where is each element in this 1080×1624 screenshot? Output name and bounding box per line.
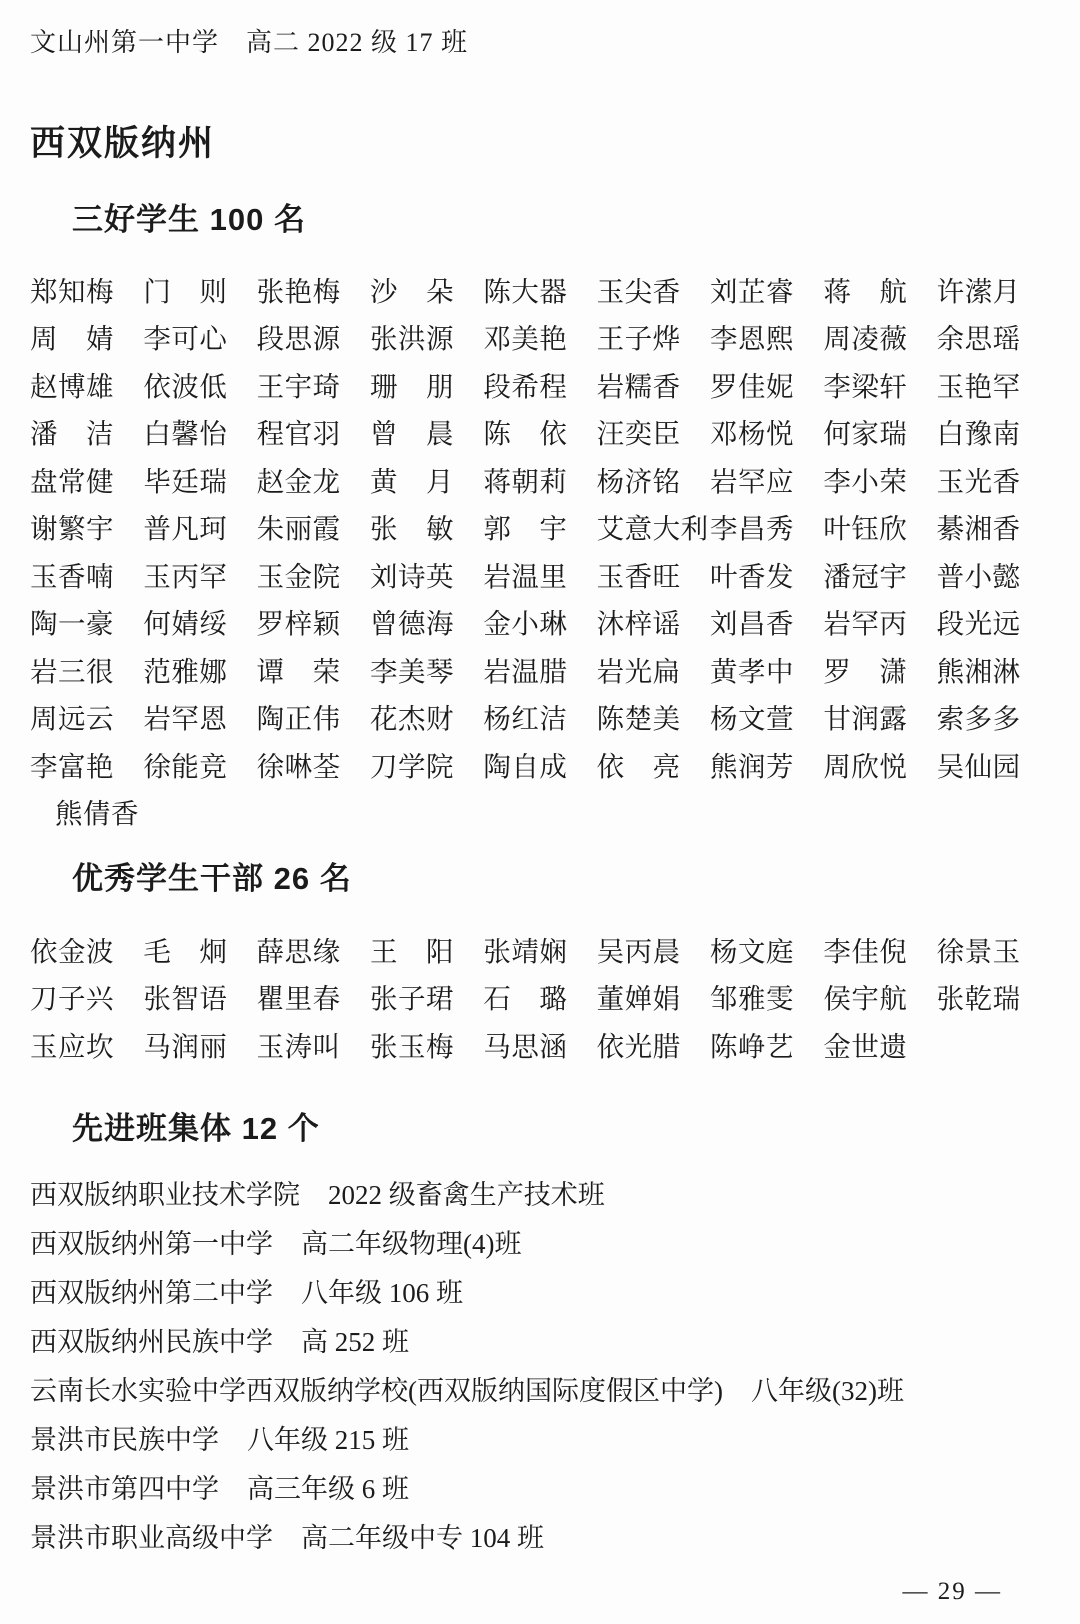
student-name: 周远云 bbox=[30, 696, 143, 736]
student-name: 李美琴 bbox=[370, 649, 483, 689]
school-name: 西双版纳职业技术学院 bbox=[30, 1173, 300, 1212]
student-name: 杨红洁 bbox=[483, 696, 596, 736]
student-name: 李昌秀 bbox=[710, 506, 823, 546]
student-name: 金小琳 bbox=[483, 601, 596, 641]
student-name: 杨文庭 bbox=[710, 929, 823, 969]
ganbu-name-grid: 依金波毛 炯薛思缘王 阳张靖娴吴丙晨杨文庭李佳倪徐景玉刀子兴张智语瞿里春张子珺石… bbox=[30, 925, 1050, 1068]
student-name: 侯宇航 bbox=[823, 976, 936, 1016]
student-name: 邓美艳 bbox=[483, 316, 596, 356]
student-name: 张洪源 bbox=[370, 316, 483, 356]
student-name: 汪奕臣 bbox=[597, 411, 710, 451]
student-name: 金世遗 bbox=[823, 1024, 936, 1064]
student-name: 黄孝中 bbox=[710, 649, 823, 689]
sanhao-name-grid: 郑知梅门 则张艳梅沙 朵陈大器玉尖香刘芷睿蒋 航许潆月周 婧李可心段思源张洪源邓… bbox=[30, 265, 1050, 835]
name-row: 岩三很范雅娜谭 荣李美琴岩温腊岩光扁黄孝中罗 潇熊湘淋 bbox=[30, 645, 1050, 693]
student-name: 陈大器 bbox=[483, 269, 596, 309]
student-name: 刀学院 bbox=[370, 744, 483, 784]
student-name: 陶自成 bbox=[483, 744, 596, 784]
name-row: 陶一豪何婧绥罗梓颖曾德海金小琳沐梓谣刘昌香岩罕丙段光远 bbox=[30, 598, 1050, 646]
school-name: 西双版纳州第二中学 bbox=[30, 1271, 273, 1310]
name-row: 赵博雄依波低王宇琦珊 朋段希程岩糯香罗佳妮李梁轩玉艳罕 bbox=[30, 360, 1050, 408]
student-name: 玉丙罕 bbox=[143, 554, 256, 594]
section-title-sanhao: 三好学生 100 名 bbox=[72, 203, 1080, 236]
student-name: 徐景玉 bbox=[937, 929, 1050, 969]
student-name: 沙 朵 bbox=[370, 269, 483, 309]
student-name: 朱丽霞 bbox=[257, 506, 370, 546]
student-name: 玉香旺 bbox=[597, 554, 710, 594]
class-item: 西双版纳州第一中学高二年级物理(4)班 bbox=[30, 1217, 1050, 1266]
student-name: 张乾瑞 bbox=[937, 976, 1050, 1016]
school-name: 云南长水实验中学西双版纳学校(西双版纳国际度假区中学) bbox=[30, 1369, 723, 1408]
section-title-ganbu: 优秀学生干部 26 名 bbox=[72, 862, 1080, 895]
class-item: 西双版纳州第二中学八年级 106 班 bbox=[30, 1266, 1050, 1315]
class-item: 景洪市第四中学高三年级 6 班 bbox=[30, 1462, 1050, 1511]
student-name: 何婧绥 bbox=[143, 601, 256, 641]
school-name: 西双版纳州民族中学 bbox=[30, 1320, 273, 1359]
student-name: 周欣悦 bbox=[823, 744, 936, 784]
student-name: 潘 洁 bbox=[30, 411, 143, 451]
advanced-class-list: 西双版纳职业技术学院2022 级畜禽生产技术班西双版纳州第一中学高二年级物理(4… bbox=[30, 1168, 1050, 1560]
student-name: 熊润芳 bbox=[710, 744, 823, 784]
section-title-banjiti: 先进班集体 12 个 bbox=[72, 1112, 1080, 1145]
student-name: 徐啉荃 bbox=[257, 744, 370, 784]
student-name: 索多多 bbox=[937, 696, 1050, 736]
student-name: 潘冠宇 bbox=[823, 554, 936, 594]
class-item: 西双版纳州民族中学高 252 班 bbox=[30, 1315, 1050, 1364]
student-name: 玉光香 bbox=[937, 459, 1050, 499]
student-name: 范雅娜 bbox=[143, 649, 256, 689]
region-header: 西双版纳州 bbox=[30, 126, 1080, 162]
student-name: 薛思缘 bbox=[257, 929, 370, 969]
student-name: 李恩熙 bbox=[710, 316, 823, 356]
student-name: 张玉梅 bbox=[370, 1024, 483, 1064]
student-name: 岩罕丙 bbox=[823, 601, 936, 641]
student-name: 刀子兴 bbox=[30, 976, 143, 1016]
name-row: 熊倩香 bbox=[30, 788, 1050, 836]
student-name: 张靖娴 bbox=[483, 929, 596, 969]
class-name: 2022 级畜禽生产技术班 bbox=[328, 1173, 605, 1212]
name-row: 谢繁宇普凡珂朱丽霞张 敏郭 宇艾意大利李昌秀叶钰欣綦湘香 bbox=[30, 503, 1050, 551]
student-name: 许潆月 bbox=[937, 269, 1050, 309]
student-name: 刘芷睿 bbox=[710, 269, 823, 309]
student-name: 瞿里春 bbox=[257, 976, 370, 1016]
student-name: 马润丽 bbox=[143, 1024, 256, 1064]
class-name: 八年级(32)班 bbox=[751, 1369, 904, 1408]
student-name: 依 亮 bbox=[597, 744, 710, 784]
student-name: 岩温腊 bbox=[483, 649, 596, 689]
class-name: 高二年级物理(4)班 bbox=[301, 1222, 521, 1261]
student-name: 毕廷瑞 bbox=[143, 459, 256, 499]
class-item: 景洪市民族中学八年级 215 班 bbox=[30, 1413, 1050, 1462]
student-name: 张艳梅 bbox=[257, 269, 370, 309]
student-name: 郑知梅 bbox=[30, 269, 143, 309]
name-row: 周 婧李可心段思源张洪源邓美艳王子烨李恩熙周凌薇余思瑶 bbox=[30, 313, 1050, 361]
student-name: 段思源 bbox=[257, 316, 370, 356]
name-row: 玉应坎马润丽玉涛叫张玉梅马思涵依光腊陈峥艺金世遗 bbox=[30, 1020, 1050, 1068]
student-name: 岩温里 bbox=[483, 554, 596, 594]
name-row: 玉香喃玉丙罕玉金院刘诗英岩温里玉香旺叶香发潘冠宇普小懿 bbox=[30, 550, 1050, 598]
student-name: 吴仙园 bbox=[937, 744, 1050, 784]
student-name: 岩三很 bbox=[30, 649, 143, 689]
student-name: 李佳倪 bbox=[823, 929, 936, 969]
student-name: 李富艳 bbox=[30, 744, 143, 784]
student-name: 邓杨悦 bbox=[710, 411, 823, 451]
student-name: 段希程 bbox=[483, 364, 596, 404]
name-row: 依金波毛 炯薛思缘王 阳张靖娴吴丙晨杨文庭李佳倪徐景玉 bbox=[30, 925, 1050, 973]
class-item: 云南长水实验中学西双版纳学校(西双版纳国际度假区中学)八年级(32)班 bbox=[30, 1364, 1050, 1413]
student-name: 玉艳罕 bbox=[937, 364, 1050, 404]
student-name: 玉涛叫 bbox=[257, 1024, 370, 1064]
student-name: 吴丙晨 bbox=[597, 929, 710, 969]
page-number: — 29 — bbox=[0, 1578, 1080, 1606]
student-name: 李小荣 bbox=[823, 459, 936, 499]
student-name: 曾 晨 bbox=[370, 411, 483, 451]
student-name: 刘昌香 bbox=[710, 601, 823, 641]
student-name: 程官羽 bbox=[257, 411, 370, 451]
student-name: 艾意大利 bbox=[597, 506, 710, 546]
student-name: 玉尖香 bbox=[597, 269, 710, 309]
student-name: 杨济铭 bbox=[597, 459, 710, 499]
student-name: 沐梓谣 bbox=[597, 601, 710, 641]
student-name: 甘润露 bbox=[823, 696, 936, 736]
student-name: 余思瑶 bbox=[937, 316, 1050, 356]
student-name: 何家瑞 bbox=[823, 411, 936, 451]
student-name: 綦湘香 bbox=[937, 506, 1050, 546]
student-name: 岩罕恩 bbox=[143, 696, 256, 736]
class-name: 高三年级 6 班 bbox=[247, 1467, 409, 1506]
student-name: 岩糯香 bbox=[597, 364, 710, 404]
student-name: 徐能竞 bbox=[143, 744, 256, 784]
student-name: 普小懿 bbox=[937, 554, 1050, 594]
student-name: 依波低 bbox=[143, 364, 256, 404]
student-name: 珊 朋 bbox=[370, 364, 483, 404]
name-row: 周远云岩罕恩陶正伟花杰财杨红洁陈楚美杨文萱甘润露索多多 bbox=[30, 693, 1050, 741]
student-name: 蒋 航 bbox=[823, 269, 936, 309]
student-name: 罗佳妮 bbox=[710, 364, 823, 404]
student-name: 门 则 bbox=[143, 269, 256, 309]
class-name: 高 252 班 bbox=[301, 1320, 409, 1359]
student-name: 熊湘淋 bbox=[937, 649, 1050, 689]
student-name: 董婵娟 bbox=[597, 976, 710, 1016]
student-name: 王 阳 bbox=[370, 929, 483, 969]
student-name: 依光腊 bbox=[597, 1024, 710, 1064]
school-name: 西双版纳州第一中学 bbox=[30, 1222, 273, 1261]
school-name: 景洪市第四中学 bbox=[30, 1467, 219, 1506]
class-item: 西双版纳职业技术学院2022 级畜禽生产技术班 bbox=[30, 1168, 1050, 1217]
school-name: 景洪市民族中学 bbox=[30, 1418, 219, 1457]
student-name: 陈峥艺 bbox=[710, 1024, 823, 1064]
student-name: 周凌薇 bbox=[823, 316, 936, 356]
student-name: 依金波 bbox=[30, 929, 143, 969]
student-name: 毛 炯 bbox=[143, 929, 256, 969]
student-name: 刘诗英 bbox=[370, 554, 483, 594]
student-name: 李可心 bbox=[143, 316, 256, 356]
student-name: 盘常健 bbox=[30, 459, 143, 499]
document-page: 文山州第一中学 高二 2022 级 17 班 西双版纳州 三好学生 100 名 … bbox=[0, 0, 1080, 1624]
student-name: 熊倩香 bbox=[55, 791, 166, 831]
student-name: 陈楚美 bbox=[597, 696, 710, 736]
student-name: 谢繁宇 bbox=[30, 506, 143, 546]
student-name: 白豫南 bbox=[937, 411, 1050, 451]
student-name: 陈 依 bbox=[483, 411, 596, 451]
name-row: 李富艳徐能竞徐啉荃刀学院陶自成依 亮熊润芳周欣悦吴仙园 bbox=[30, 740, 1050, 788]
student-name: 花杰财 bbox=[370, 696, 483, 736]
school-name: 景洪市职业高级中学 bbox=[30, 1516, 273, 1555]
student-name: 王子烨 bbox=[597, 316, 710, 356]
student-name: 段光远 bbox=[937, 601, 1050, 641]
student-name: 罗 潇 bbox=[823, 649, 936, 689]
class-name: 高二年级中专 104 班 bbox=[301, 1516, 544, 1555]
student-name: 李梁轩 bbox=[823, 364, 936, 404]
student-name: 周 婧 bbox=[30, 316, 143, 356]
student-name: 赵金龙 bbox=[257, 459, 370, 499]
student-name: 张智语 bbox=[143, 976, 256, 1016]
student-name: 王宇琦 bbox=[257, 364, 370, 404]
student-name: 邹雅雯 bbox=[710, 976, 823, 1016]
student-name: 黄 月 bbox=[370, 459, 483, 499]
student-name: 陶一豪 bbox=[30, 601, 143, 641]
name-row: 潘 洁白馨怡程官羽曾 晨陈 依汪奕臣邓杨悦何家瑞白豫南 bbox=[30, 408, 1050, 456]
student-name: 曾德海 bbox=[370, 601, 483, 641]
student-name: 岩光扁 bbox=[597, 649, 710, 689]
student-name: 张子珺 bbox=[370, 976, 483, 1016]
student-name: 张 敏 bbox=[370, 506, 483, 546]
student-name: 马思涵 bbox=[483, 1024, 596, 1064]
student-name: 普凡珂 bbox=[143, 506, 256, 546]
student-name: 玉金院 bbox=[257, 554, 370, 594]
class-item: 景洪市职业高级中学高二年级中专 104 班 bbox=[30, 1511, 1050, 1560]
student-name: 赵博雄 bbox=[30, 364, 143, 404]
student-name: 叶香发 bbox=[710, 554, 823, 594]
continuation-class-line: 文山州第一中学 高二 2022 级 17 班 bbox=[30, 28, 1080, 58]
class-name: 八年级 215 班 bbox=[247, 1418, 409, 1457]
student-name: 杨文萱 bbox=[710, 696, 823, 736]
student-name: 罗梓颖 bbox=[257, 601, 370, 641]
student-name: 玉应坎 bbox=[30, 1024, 143, 1064]
student-name: 谭 荣 bbox=[257, 649, 370, 689]
student-name: 蒋朝莉 bbox=[483, 459, 596, 499]
student-name: 叶钰欣 bbox=[823, 506, 936, 546]
student-name: 陶正伟 bbox=[257, 696, 370, 736]
student-name: 玉香喃 bbox=[30, 554, 143, 594]
name-row: 郑知梅门 则张艳梅沙 朵陈大器玉尖香刘芷睿蒋 航许潆月 bbox=[30, 265, 1050, 313]
name-row: 盘常健毕廷瑞赵金龙黄 月蒋朝莉杨济铭岩罕应李小荣玉光香 bbox=[30, 455, 1050, 503]
student-name: 郭 宇 bbox=[483, 506, 596, 546]
class-name: 八年级 106 班 bbox=[301, 1271, 463, 1310]
student-name: 白馨怡 bbox=[143, 411, 256, 451]
name-row: 刀子兴张智语瞿里春张子珺石 璐董婵娟邹雅雯侯宇航张乾瑞 bbox=[30, 973, 1050, 1021]
student-name: 石 璐 bbox=[483, 976, 596, 1016]
student-name: 岩罕应 bbox=[710, 459, 823, 499]
